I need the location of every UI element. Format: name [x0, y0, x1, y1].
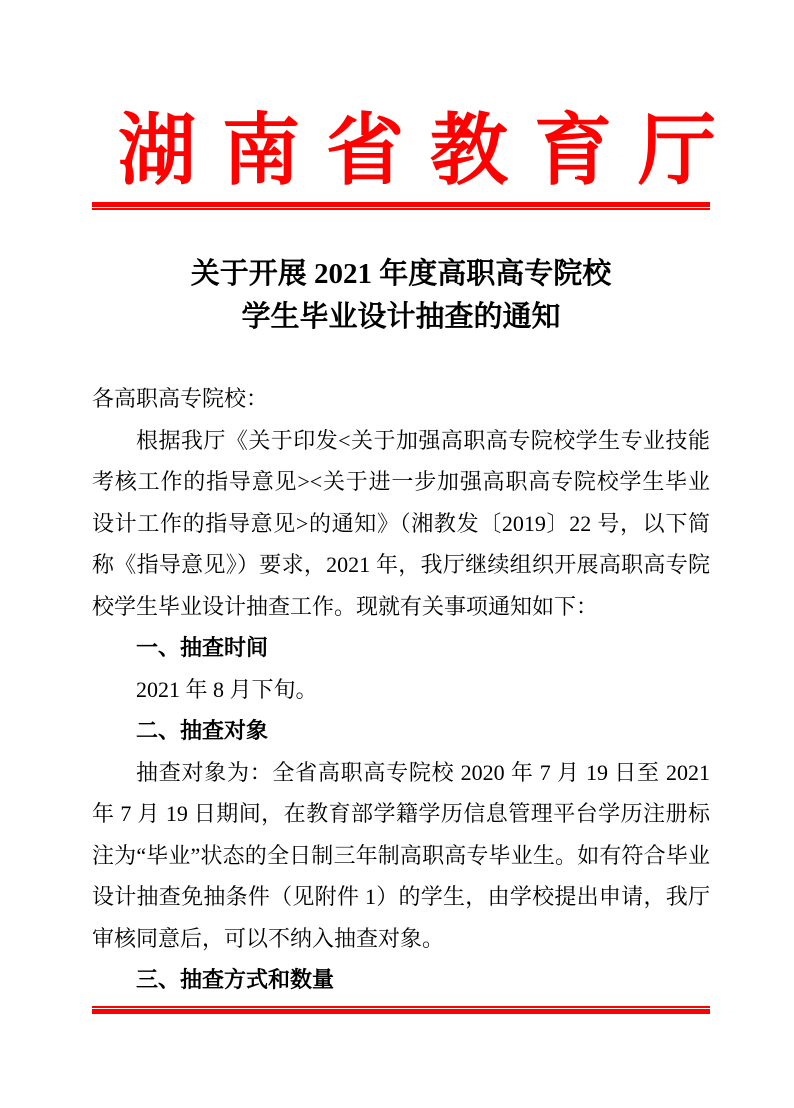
salutation: 各高职高专院校： [92, 378, 710, 420]
section-1-text: 2021 年 8 月下旬。 [92, 669, 710, 711]
document-title: 关于开展 2021 年度高职高专院校 学生毕业设计抽查的通知 [92, 253, 710, 339]
document-title-line1: 关于开展 2021 年度高职高专院校 [92, 253, 710, 296]
section-2-heading: 二、抽查对象 [92, 710, 710, 752]
letterhead-title: 湖南省教育厅 [92, 105, 710, 197]
section-2-text: 抽查对象为：全省高职高专院校 2020 年 7 月 19 日至 2021 年 7… [92, 752, 710, 960]
intro-paragraph: 根据我厅《关于印发<关于加强高职高专院校学生专业技能考核工作的指导意见><关于进… [92, 420, 710, 628]
footer-divider [92, 1006, 710, 1014]
section-1-heading: 一、抽查时间 [92, 627, 710, 669]
document-page: 湖南省教育厅 关于开展 2021 年度高职高专院校 学生毕业设计抽查的通知 各高… [0, 0, 794, 1108]
document-title-line2: 学生毕业设计抽查的通知 [92, 296, 710, 339]
letterhead: 湖南省教育厅 [92, 105, 710, 210]
section-3-heading: 三、抽查方式和数量 [92, 959, 710, 1001]
letterhead-divider [92, 202, 710, 210]
document-content: 湖南省教育厅 关于开展 2021 年度高职高专院校 学生毕业设计抽查的通知 各高… [92, 105, 710, 1014]
document-body: 各高职高专院校： 根据我厅《关于印发<关于加强高职高专院校学生专业技能考核工作的… [92, 378, 710, 1001]
